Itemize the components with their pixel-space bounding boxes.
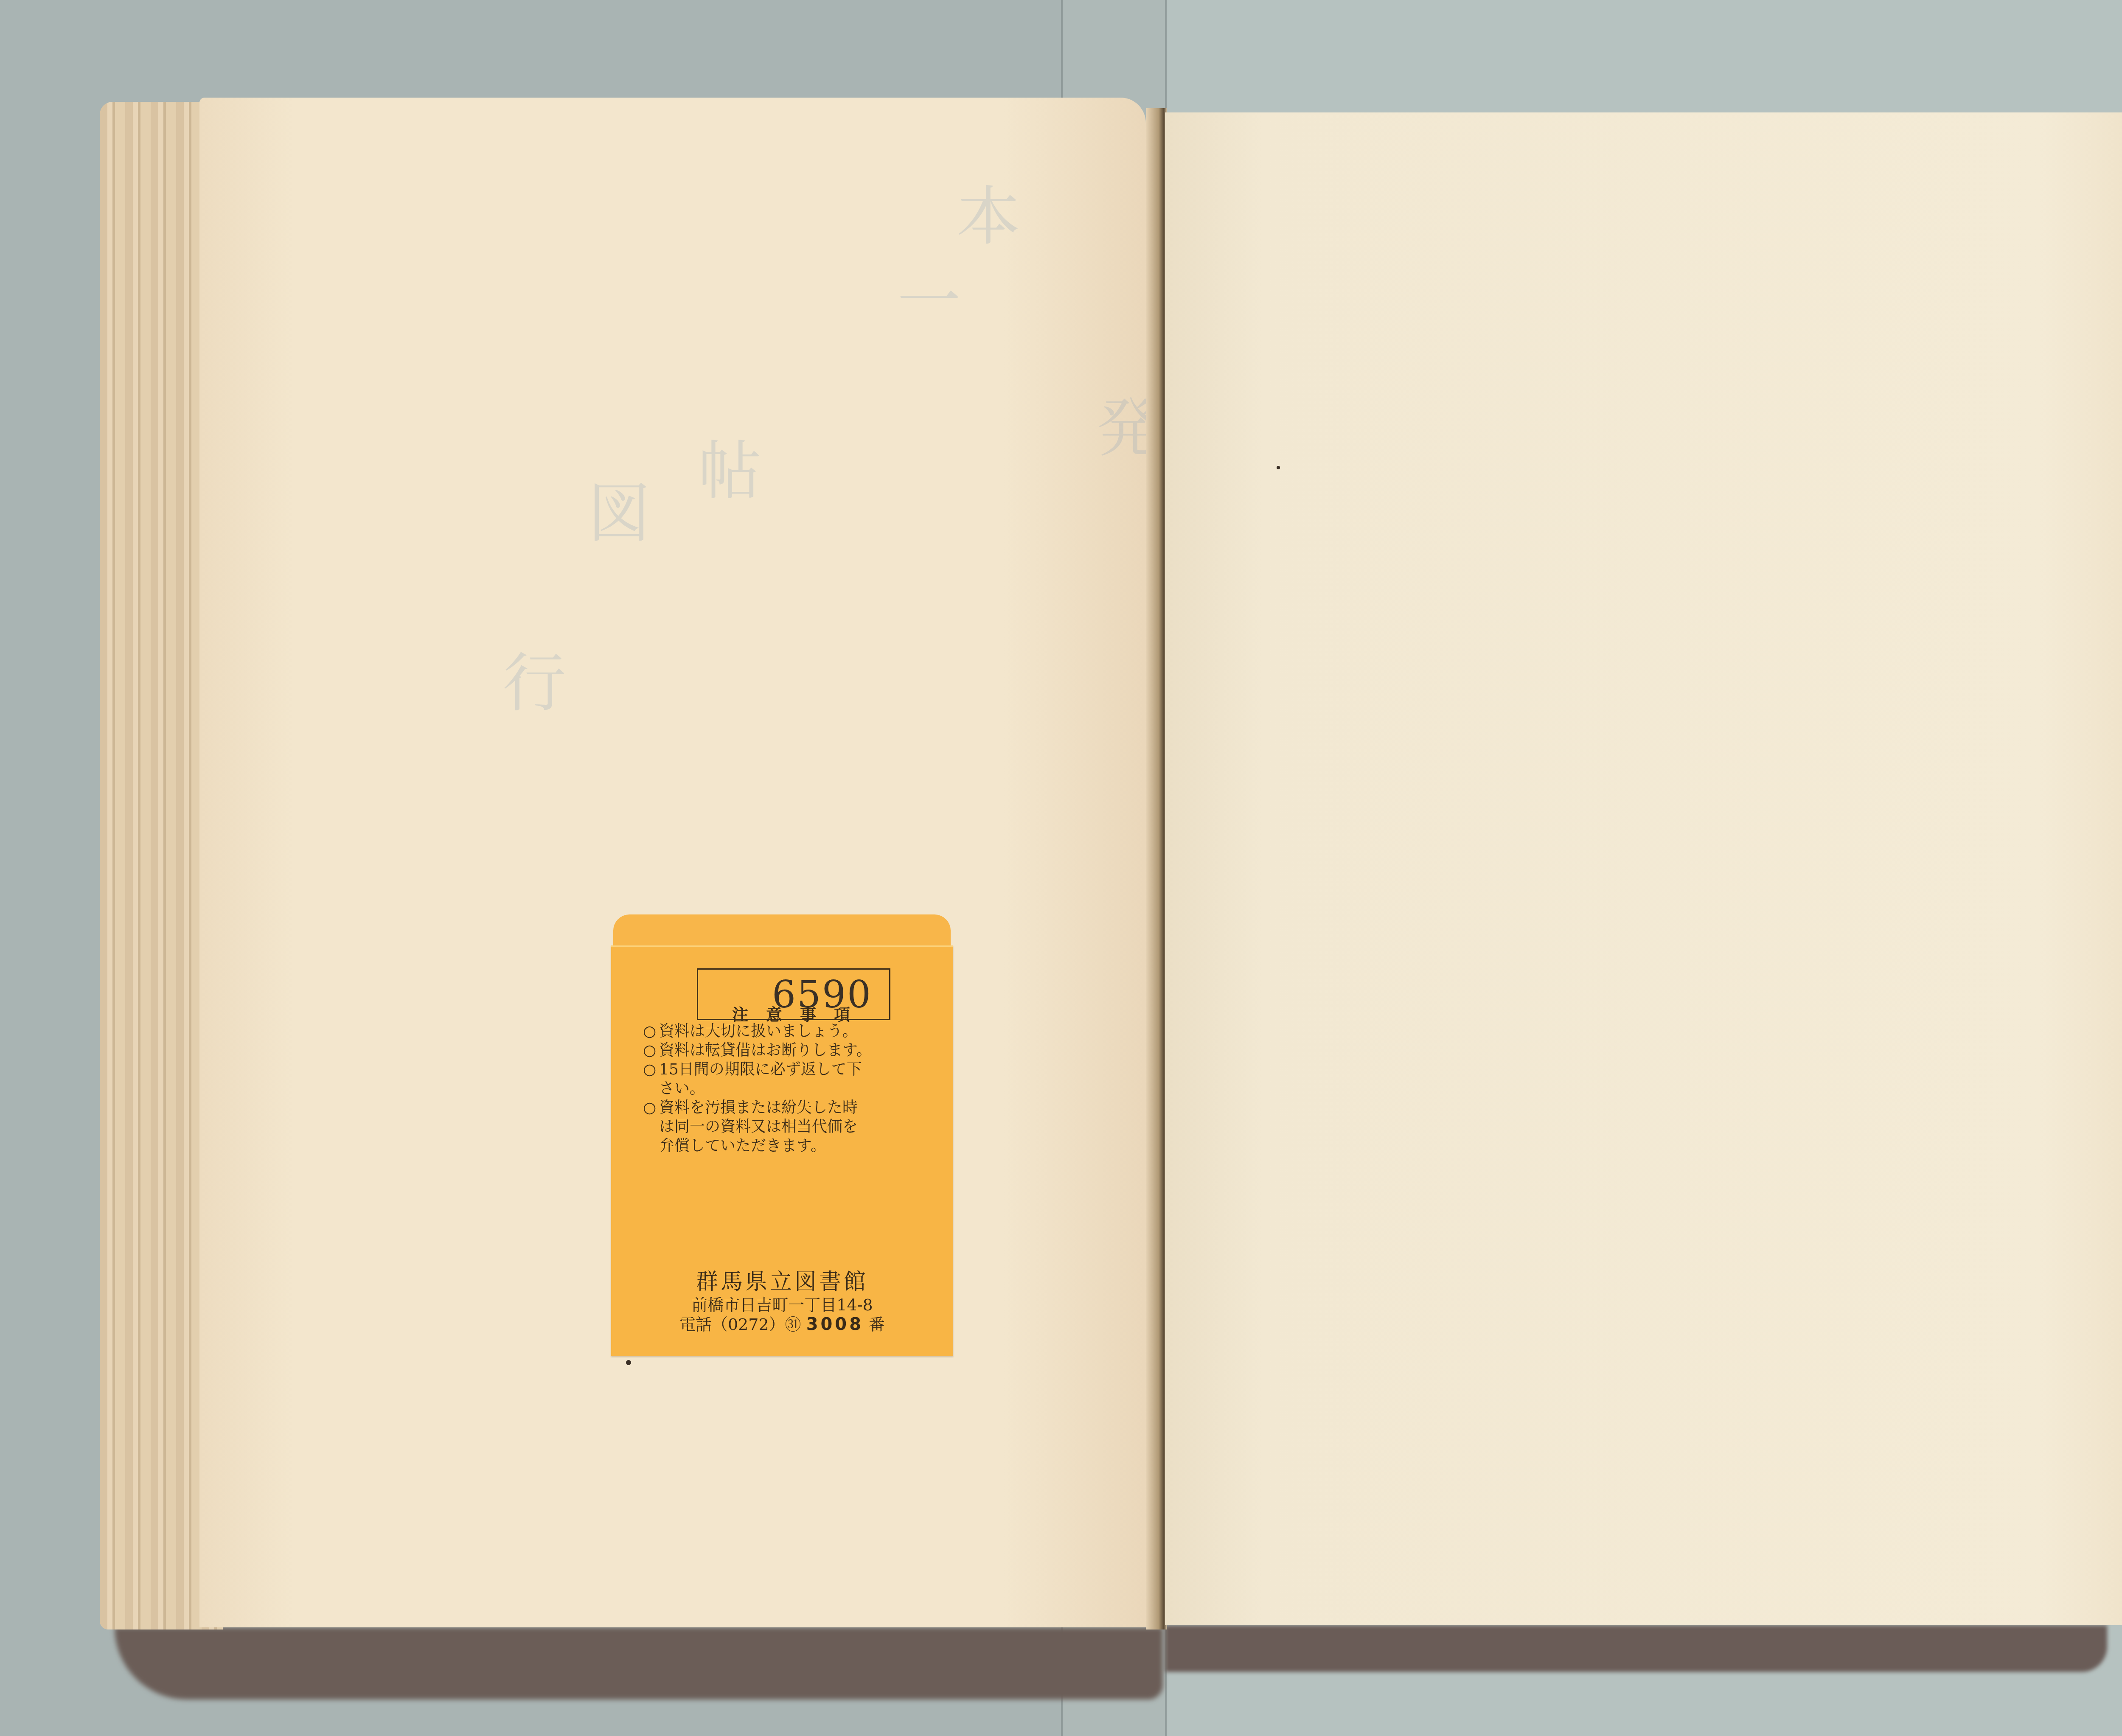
ink-speck [626,1360,631,1365]
notice-title: 注意事項 [607,1001,975,1025]
phone-number: 3008 [806,1315,864,1334]
left-page: 本 一 帖 図 発 行 [199,98,1146,1627]
library-phone: 電話（0272）㉛ 3008 番 [607,1311,957,1335]
book-gutter [1146,108,1167,1629]
circle-bullet-icon: ○ [643,1022,659,1041]
bleed-through-text: 図 [581,480,645,543]
book-shadow-left [115,1627,1163,1700]
circle-bullet-icon: ○ [643,1041,659,1060]
notice-item: ○資料は転貸借はお断りします。 [643,1041,940,1060]
right-page [1165,112,2122,1625]
book-shadow-right [1165,1625,2107,1672]
bleed-through-text: 本 [951,182,1014,246]
bleed-through-text: 一 [891,267,955,331]
notice-item-continuation: 弁償していただきます。 [643,1136,940,1155]
notice-item: ○資料を汚損または紛失した時 [643,1098,940,1117]
notice-item: ○15日間の期限に必ず返して下 [643,1060,940,1079]
bleed-through-text: 発 [1091,395,1154,458]
bleed-through-text: 帖 [692,437,755,501]
library-name: 群馬県立図書館 [607,1264,957,1296]
notice-item: ○資料は大切に扱いましょう。 [643,1022,940,1041]
circle-bullet-icon: ○ [643,1098,659,1117]
notice-item-continuation: さい。 [643,1079,940,1098]
notice-list: ○資料は大切に扱いましょう。 ○資料は転貸借はお断りします。 ○15日間の期限に… [643,1022,940,1155]
bleed-through-text: 行 [497,649,560,713]
notice-item-continuation: は同一の資料又は相当代価を [643,1117,940,1136]
ink-speck [1277,466,1280,469]
circle-bullet-icon: ○ [643,1060,659,1079]
